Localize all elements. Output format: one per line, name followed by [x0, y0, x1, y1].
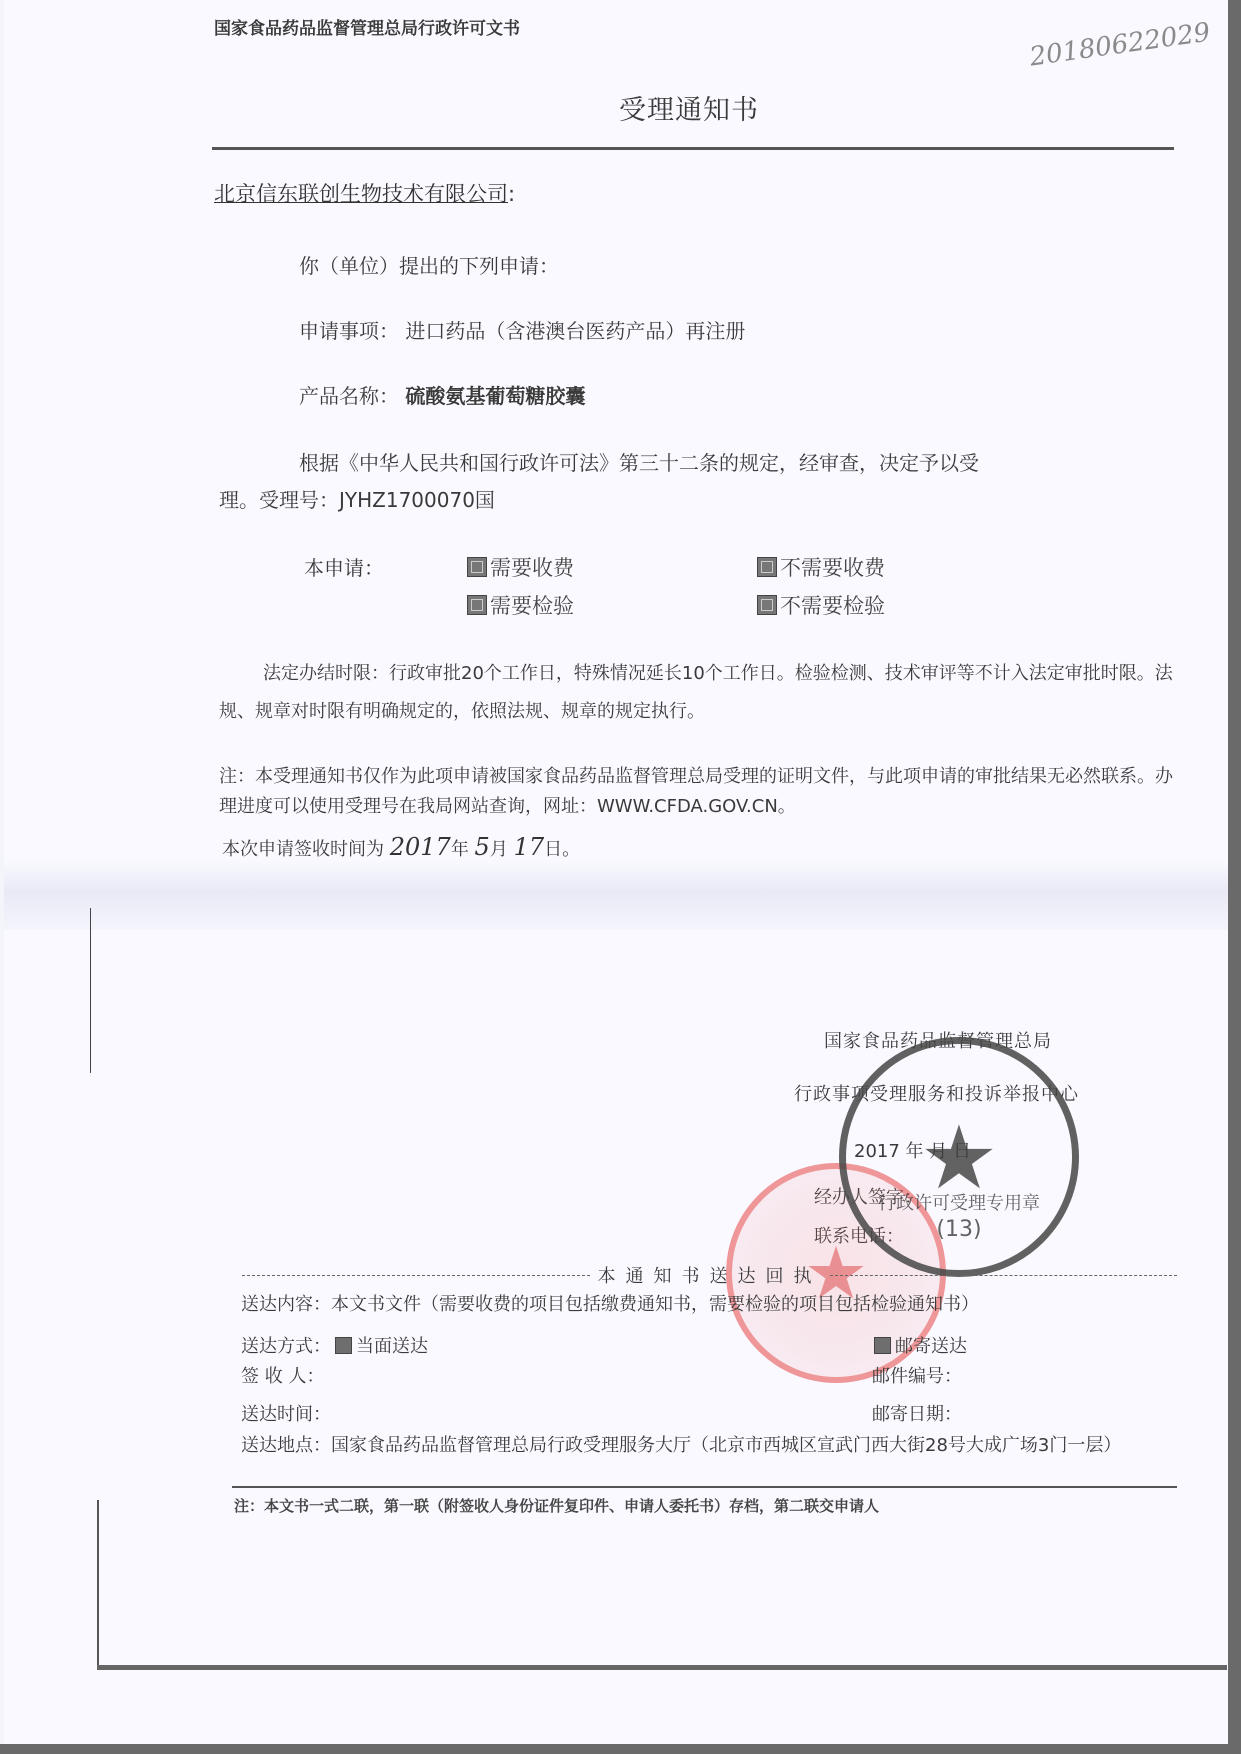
delivery-location: 送达地点：国家食品药品监督管理总局行政受理服务大厅（北京市西城区宣武门西大街28… [241, 1435, 1186, 1457]
scan-edge-right [1228, 0, 1241, 1754]
scan-edge-bottom [0, 1744, 1241, 1754]
product-name: 产品名称： 硫酸氨基葡萄糖胶囊 [299, 380, 585, 409]
sign-time-label: 本次申请签收时间为 [222, 839, 384, 860]
method-mail: 邮寄送达 [895, 1332, 967, 1358]
this-application-label: 本申请： [304, 552, 384, 581]
delivery-content-value: 本文书文件（需要收费的项目包括缴费通知书，需要检验的项目包括检验通知书） [331, 1294, 979, 1315]
sign-day-handwritten: 17 [514, 833, 545, 861]
option-label: 不需要收费 [780, 552, 885, 582]
delivery-time-label: 送达时间： [241, 1400, 331, 1426]
title-divider [212, 147, 1174, 150]
sign-month-handwritten: 5 [475, 833, 490, 861]
delivery-location-value: 国家食品药品监督管理总局行政受理服务大厅（北京市西城区宣武门西大街28号大成广场… [331, 1435, 1121, 1456]
seal-number: (13) [846, 1217, 1072, 1242]
delivery-method: 送达方式：当面送达 [241, 1332, 428, 1358]
option-label: 需要检验 [490, 590, 574, 620]
seal-text: 行政许可受理专用章 [846, 1189, 1072, 1215]
mail-number-label: 邮件编号： [872, 1362, 962, 1388]
dashed-line [242, 1275, 590, 1276]
product-name-value: 硫酸氨基葡萄糖胶囊 [405, 384, 585, 408]
addressee: 北京信东联创生物技术有限公司: [214, 178, 515, 208]
checkbox-icon[interactable] [335, 1337, 352, 1354]
delivery-content: 送达内容：本文书文件（需要收费的项目包括缴费通知书，需要检验的项目包括检验通知书… [241, 1290, 979, 1316]
application-item-label: 申请事项： [299, 319, 399, 343]
delivery-method-mail: 邮寄送达 [874, 1332, 967, 1358]
delivery-content-label: 送达内容： [241, 1294, 331, 1315]
page-title: 受理通知书 [619, 88, 759, 127]
option-no-fee[interactable]: 不需要收费 [757, 552, 885, 582]
margin-mark [90, 908, 91, 1073]
statutory-time-limit: 法定办结时限：行政审批20个工作日，特殊情况延长10个工作日。检验检测、技术审评… [219, 655, 1179, 731]
option-label: 不需要检验 [780, 590, 885, 620]
addressee-colon: : [508, 182, 515, 206]
handwritten-file-number: 20180622029 [1028, 17, 1212, 72]
month-char: 月 [490, 839, 508, 860]
application-item-value: 进口药品（含港澳台医药产品）再注册 [405, 319, 745, 343]
receipt-title: 本通知书送达回执 [598, 1262, 822, 1288]
basis-line-2: 理。受理号：JYHZ1700070国 [219, 484, 495, 513]
receipt-divider: 本通知书送达回执 [242, 1262, 1177, 1288]
delivery-location-label: 送达地点： [241, 1435, 331, 1456]
checkbox-icon[interactable] [757, 557, 777, 577]
checkbox-icon[interactable] [757, 595, 777, 615]
checkbox-icon[interactable] [467, 595, 487, 615]
frame-left-border [97, 1500, 99, 1667]
checkbox-icon[interactable] [467, 557, 487, 577]
method-in-person: 当面送达 [356, 1332, 428, 1358]
addressee-name: 北京信东联创生物技术有限公司 [214, 182, 508, 206]
document-page: 国家食品药品监督管理总局行政许可文书 20180622029 受理通知书 北京信… [4, 0, 1228, 1744]
product-name-label: 产品名称： [299, 384, 399, 408]
day-char: 日。 [544, 839, 580, 860]
dashed-line [830, 1275, 1178, 1276]
basis-line-1: 根据《中华人民共和国行政许可法》第三十二条的规定，经审查，决定予以受 [299, 447, 979, 476]
sign-year-handwritten: 2017 [390, 833, 451, 861]
application-item: 申请事项： 进口药品（含港澳台医药产品）再注册 [299, 315, 745, 344]
paper-fold-shadow [4, 860, 1232, 930]
frame-bottom-border [97, 1665, 1227, 1670]
option-no-inspection[interactable]: 不需要检验 [757, 590, 885, 620]
checkbox-icon[interactable] [874, 1337, 891, 1354]
option-inspection-required[interactable]: 需要检验 [467, 590, 574, 620]
option-label: 需要收费 [490, 552, 574, 582]
recipient-label: 签 收 人： [241, 1362, 324, 1388]
acceptance-note: 注：本受理通知书仅作为此项申请被国家食品药品监督管理总局受理的证明文件，与此项申… [219, 762, 1179, 822]
footer-divider [232, 1486, 1177, 1488]
document-series-title: 国家食品药品监督管理总局行政许可文书 [214, 14, 520, 39]
sign-time: 本次申请签收时间为 2017年 5月 17日。 [222, 833, 580, 861]
intro-text: 你（单位）提出的下列申请： [299, 250, 559, 279]
footer-note: 注：本文书一式二联，第一联（附签收人身份证件复印件、申请人委托书）存档，第二联交… [234, 1495, 879, 1516]
option-fee-required[interactable]: 需要收费 [467, 552, 574, 582]
acceptance-seal-stamp: ★ 行政许可受理专用章 (13) [839, 1037, 1079, 1277]
mail-date-label: 邮寄日期： [872, 1400, 962, 1426]
year-char: 年 [451, 839, 469, 860]
delivery-method-label: 送达方式： [241, 1332, 331, 1358]
